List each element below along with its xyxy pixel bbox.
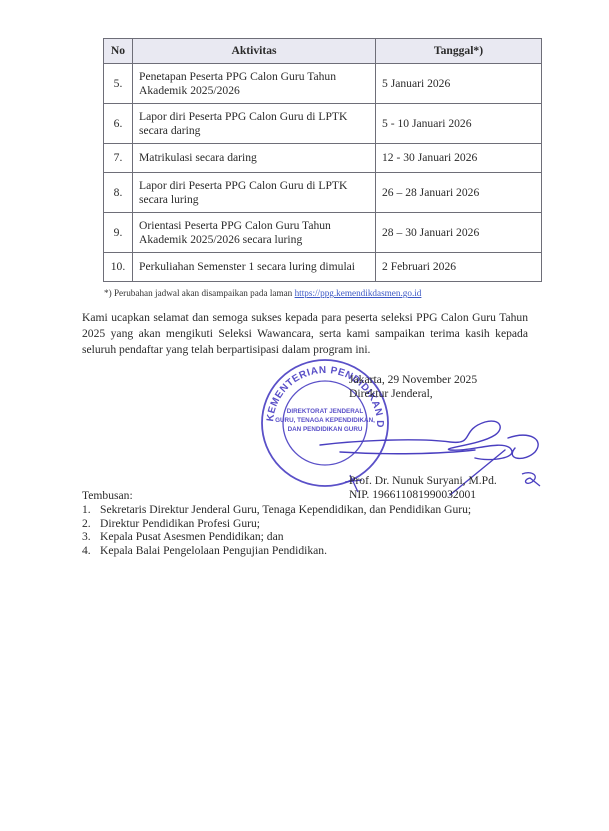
footnote-link[interactable]: https://ppg.kemendikdasmen.go.id (295, 288, 422, 298)
row-activity: Lapor diri Peserta PPG Calon Guru di LPT… (133, 173, 376, 213)
signatory-name: Prof. Dr. Nunuk Suryani, M.Pd. (349, 474, 497, 488)
cc-item: 1.Sekretaris Direktur Jenderal Guru, Ten… (82, 503, 471, 517)
row-activity: Perkuliahan Semenster 1 secara luring di… (133, 253, 376, 282)
row-activity: Penetapan Peserta PPG Calon Guru Tahun A… (133, 64, 376, 104)
signature-place-date: Jakarta, 29 November 2025 (349, 373, 477, 387)
table-row: 10. Perkuliahan Semenster 1 secara lurin… (104, 253, 542, 282)
row-no: 7. (104, 144, 133, 173)
row-date: 5 Januari 2026 (376, 64, 542, 104)
document-page: No Aktivitas Tanggal*) 5. Penetapan Pese… (0, 0, 609, 831)
table-row: 6. Lapor diri Peserta PPG Calon Guru di … (104, 104, 542, 144)
row-no: 5. (104, 64, 133, 104)
cc-item: 3.Kepala Pusat Asesmen Pendidikan; dan (82, 530, 471, 544)
row-no: 9. (104, 213, 133, 253)
cc-item: 4.Kepala Balai Pengelolaan Pengujian Pen… (82, 544, 471, 558)
row-activity: Lapor diri Peserta PPG Calon Guru di LPT… (133, 104, 376, 144)
cc-title: Tembusan: (82, 489, 133, 502)
row-no: 8. (104, 173, 133, 213)
header-no: No (104, 39, 133, 64)
row-date: 5 - 10 Januari 2026 (376, 104, 542, 144)
row-no: 10. (104, 253, 133, 282)
signature-title: Direktur Jenderal, (349, 387, 477, 401)
row-date: 28 – 30 Januari 2026 (376, 213, 542, 253)
table-footnote: *) Perubahan jadwal akan disampaikan pad… (104, 288, 421, 298)
row-date: 26 – 28 Januari 2026 (376, 173, 542, 213)
footnote-text: *) Perubahan jadwal akan disampaikan pad… (104, 288, 295, 298)
row-activity: Matrikulasi secara daring (133, 144, 376, 173)
table-row: 7. Matrikulasi secara daring 12 - 30 Jan… (104, 144, 542, 173)
row-date: 12 - 30 Januari 2026 (376, 144, 542, 173)
table-row: 9. Orientasi Peserta PPG Calon Guru Tahu… (104, 213, 542, 253)
row-date: 2 Februari 2026 (376, 253, 542, 282)
schedule-table: No Aktivitas Tanggal*) 5. Penetapan Pese… (103, 38, 542, 282)
row-no: 6. (104, 104, 133, 144)
signatory-nip: NIP. 196611081990032001 (349, 488, 476, 502)
row-activity: Orientasi Peserta PPG Calon Guru Tahun A… (133, 213, 376, 253)
signature-header: Jakarta, 29 November 2025 Direktur Jende… (349, 373, 477, 401)
cc-item: 2.Direktur Pendidikan Profesi Guru; (82, 517, 471, 531)
header-activity: Aktivitas (133, 39, 376, 64)
header-date: Tanggal*) (376, 39, 542, 64)
table-row: 5. Penetapan Peserta PPG Calon Guru Tahu… (104, 64, 542, 104)
closing-paragraph: Kami ucapkan selamat dan semoga sukses k… (82, 310, 528, 358)
table-header-row: No Aktivitas Tanggal*) (104, 39, 542, 64)
cc-list: 1.Sekretaris Direktur Jenderal Guru, Ten… (82, 503, 471, 557)
table-row: 8. Lapor diri Peserta PPG Calon Guru di … (104, 173, 542, 213)
